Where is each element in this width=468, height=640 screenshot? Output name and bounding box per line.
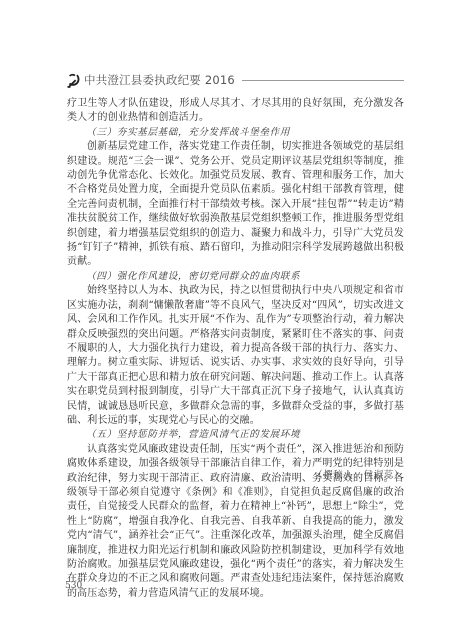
page-number: 530 bbox=[65, 581, 82, 591]
header-title: 中共澄江县委执政纪要 2016 bbox=[84, 72, 235, 88]
section-heading-5: （五）坚持惩防并举，营造风清气正的发展环境 bbox=[67, 428, 404, 442]
header-divider bbox=[242, 80, 404, 81]
author-signature: （撰稿人：侯淑蕊） bbox=[0, 467, 404, 481]
paragraph-continuation: 疗卫生等人才队伍建设，形成人尽其才、才尽其用的良好氛围，充分激发各类人才的创业热… bbox=[67, 97, 404, 126]
paragraph-section-3: 创新基层党建工作，落实党建工作责任制，切实推进各领域党的基层组织建设。规范“三会… bbox=[67, 140, 404, 270]
running-header: 中共澄江县委执政纪要 2016 bbox=[66, 71, 404, 89]
document-body: 疗卫生等人才队伍建设，形成人尽其才、才尽其用的良好氛围，充分激发各类人才的创业热… bbox=[67, 97, 404, 601]
section-heading-4: （四）强化作风建设，密切党同群众的血肉联系 bbox=[67, 270, 404, 284]
section-heading-3: （三）夯实基层基础，充分发挥战斗堡垒作用 bbox=[67, 126, 404, 140]
party-emblem-icon bbox=[66, 72, 82, 88]
paragraph-section-4: 始终坚持以人为本、执政为民，持之以恒贯彻执行中央八项规定和省市区实施办法，刹刹“… bbox=[67, 284, 404, 428]
